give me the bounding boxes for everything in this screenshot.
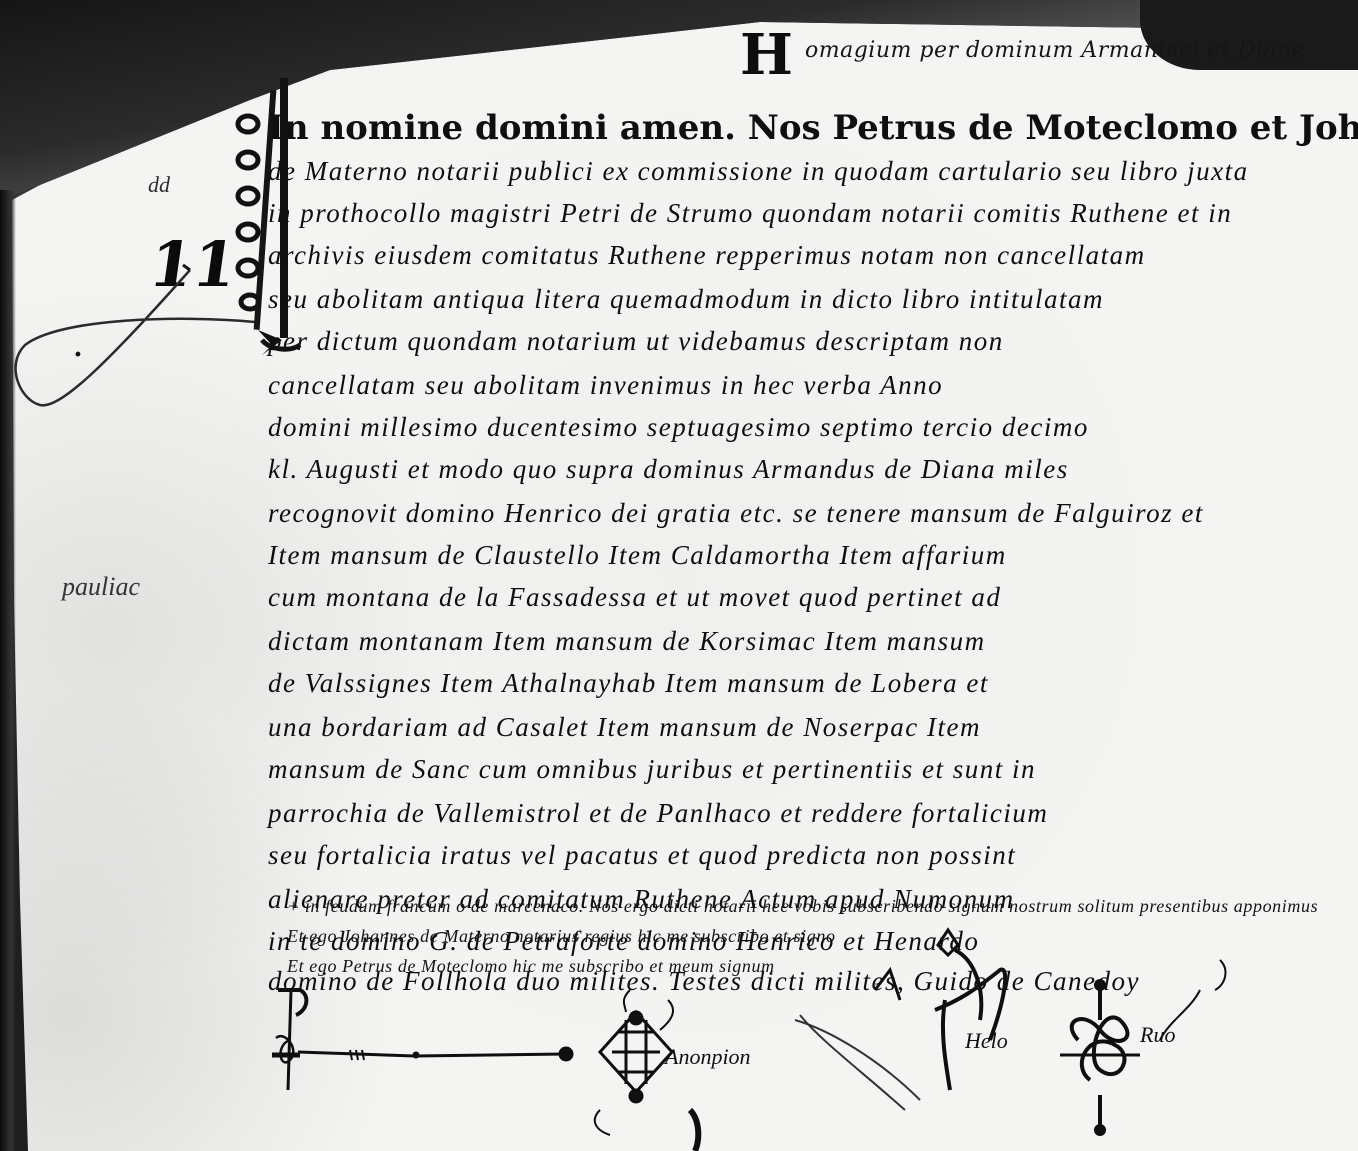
body-line-1: In nomine domini amen. Nos Petrus de Mot… (268, 108, 1358, 148)
notary-sign-label-2: Helo (965, 1028, 1008, 1054)
body-line-16: mansum de Sanc cum omnibus juribus et pe… (268, 754, 1036, 785)
margin-note-small: dd (148, 172, 170, 198)
notary-sign-label-1: Anonpion (665, 1044, 751, 1070)
body-line-9: kl. Augusti et modo quo supra dominus Ar… (268, 454, 1069, 485)
body-line-15: una bordariam ad Casalet Item mansum de … (268, 712, 981, 743)
body-line-5: seu abolitam antiqua litera quemadmodum … (268, 284, 1104, 315)
body-line-12: cum montana de la Fassadessa et ut movet… (268, 582, 1001, 613)
body-line-13: dictam montanam Item mansum de Korsimac … (268, 626, 986, 657)
body-line-17: parrochia de Vallemistrol et de Panlhaco… (268, 798, 1048, 829)
body-line-10: recognovit domino Henrico dei gratia etc… (268, 498, 1204, 529)
subscription-line-1: + in feudum francum o de marcenaco. Nos … (287, 896, 1318, 917)
body-line-7: cancellatam seu abolitam invenimus in he… (268, 370, 943, 401)
subscription-line-3: Et ego Petrus de Moteclomo hic me subscr… (287, 956, 775, 977)
subscription-line-2: Et ego Johannes de Materno notarius regi… (287, 926, 836, 947)
body-line-8: domini millesimo ducentesimo septuagesim… (268, 412, 1089, 443)
body-line-14: de Valssignes Item Athalnayhab Item mans… (268, 668, 989, 699)
margin-bullet: · (74, 338, 82, 372)
decorated-initial-loops (228, 112, 268, 312)
left-page-edge (0, 190, 16, 1151)
header-note: omagium per dominum Armaniaci et Diane (805, 38, 1305, 63)
notary-sign-label-3: Ruo (1140, 1022, 1175, 1048)
body-line-3: in prothocollo magistri Petri de Strumo … (268, 198, 1232, 229)
margin-note-pauliac: pauliac (62, 572, 140, 602)
header-initial-letter: H (740, 22, 793, 88)
body-line-6: per dictum quondam notarium ut videbamus… (268, 326, 1004, 357)
body-line-4: archivis eiusdem comitatus Ruthene reppe… (268, 240, 1146, 271)
body-line-2: de Materno notarii publici ex commission… (268, 156, 1249, 187)
body-line-18: seu fortalicia iratus vel pacatus et quo… (268, 840, 1016, 871)
margin-numeral: 11 (145, 228, 242, 301)
body-line-11: Item mansum de Claustello Item Caldamort… (268, 540, 1007, 571)
